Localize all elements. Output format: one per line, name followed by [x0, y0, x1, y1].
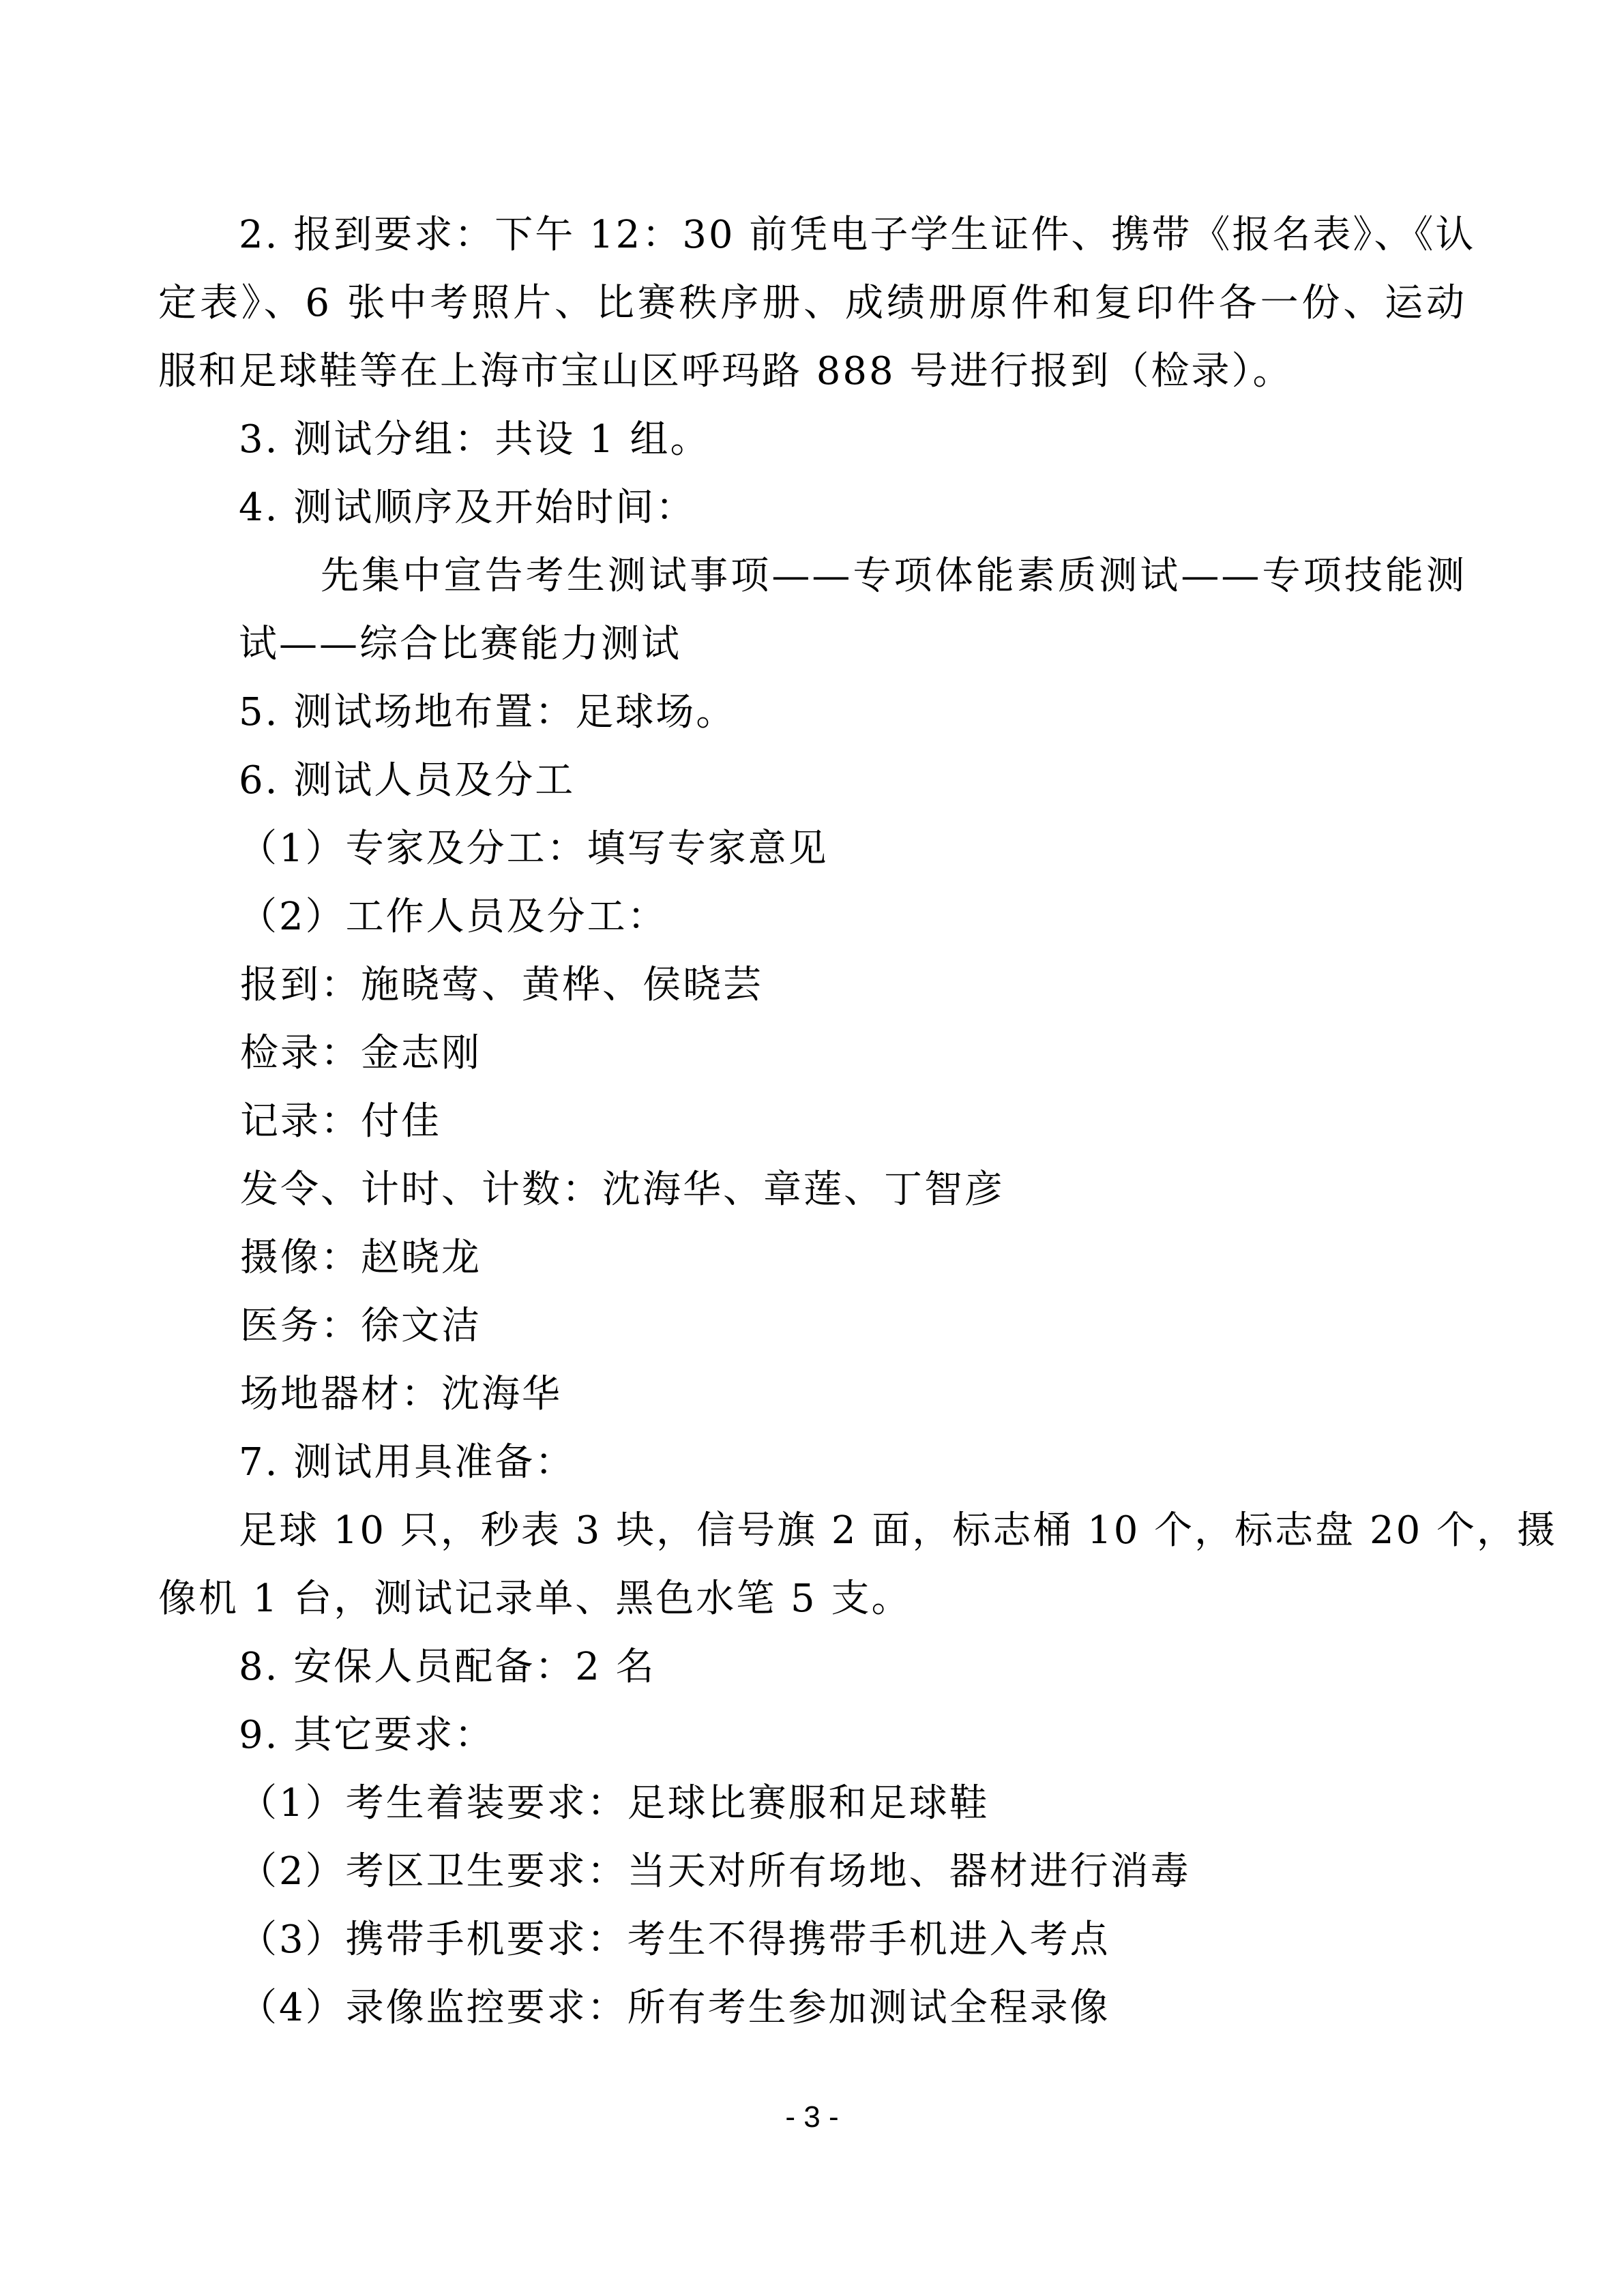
- staff-registration: 报到：施晓莺、黄桦、侯晓芸: [240, 951, 763, 1019]
- staff-medical: 医务：徐文洁: [240, 1292, 482, 1360]
- staff-video: 摄像：赵晓龙: [240, 1224, 482, 1292]
- paragraph-registration-line-3: 服和足球鞋等在上海市宝山区呼玛路 888 号进行报到（检录）。: [158, 338, 1293, 406]
- test-order-line-1: 先集中宣告考生测试事项——专项体能素质测试——专项技能测: [321, 542, 1466, 610]
- section-venue-layout: 5. 测试场地布置：足球场。: [239, 679, 736, 747]
- section-test-grouping: 3. 测试分组：共设 1 组。: [239, 406, 710, 474]
- section-staff-heading: 6. 测试人员及分工: [239, 747, 575, 815]
- section-test-order-heading: 4. 测试顺序及开始时间：: [239, 474, 696, 542]
- staff-equipment: 场地器材：沈海华: [240, 1360, 562, 1429]
- test-order-line-2: 试——综合比赛能力测试: [239, 610, 681, 679]
- staff-recording: 记录：付佳: [240, 1088, 441, 1156]
- paragraph-registration-line-1: 2. 报到要求：下午 12：30 前凭电子学生证件、携带《报名表》、《认: [239, 201, 1466, 269]
- section-equipment-heading: 7. 测试用具准备：: [239, 1429, 575, 1497]
- staff-workers-heading: （2）工作人员及分工：: [239, 883, 668, 951]
- document-page: 2. 报到要求：下午 12：30 前凭电子学生证件、携带《报名表》、《认 定表》…: [0, 0, 1624, 2296]
- section-security-staff: 8. 安保人员配备：2 名: [239, 1633, 656, 1701]
- equipment-list-line-1: 足球 10 只，秒表 3 块，信号旗 2 面，标志桶 10 个，标志盘 20 个…: [239, 1497, 1466, 1565]
- staff-experts: （1）专家及分工：填写专家意见: [239, 815, 829, 883]
- paragraph-registration-line-2: 定表》、6 张中考照片、比赛秩序册、成绩册原件和复印件各一份、运动: [158, 269, 1466, 338]
- staff-checkin: 检录：金志刚: [240, 1019, 482, 1088]
- requirement-mobile-phone: （3）携带手机要求：考生不得携带手机进入考点: [239, 1906, 1110, 1974]
- staff-starter-timing: 发令、计时、计数：沈海华、章莲、丁智彦: [240, 1156, 1005, 1224]
- section-other-requirements-heading: 9. 其它要求：: [239, 1701, 494, 1770]
- page-number: - 3 -: [0, 2097, 1624, 2138]
- requirement-attire: （1）考生着装要求：足球比赛服和足球鞋: [239, 1770, 990, 1838]
- requirement-hygiene: （2）考区卫生要求：当天对所有场地、器材进行消毒: [239, 1838, 1191, 1906]
- equipment-list-line-2: 像机 1 台，测试记录单、黑色水笔 5 支。: [158, 1565, 911, 1633]
- requirement-video-monitoring: （4）录像监控要求：所有考生参加测试全程录像: [239, 1974, 1110, 2042]
